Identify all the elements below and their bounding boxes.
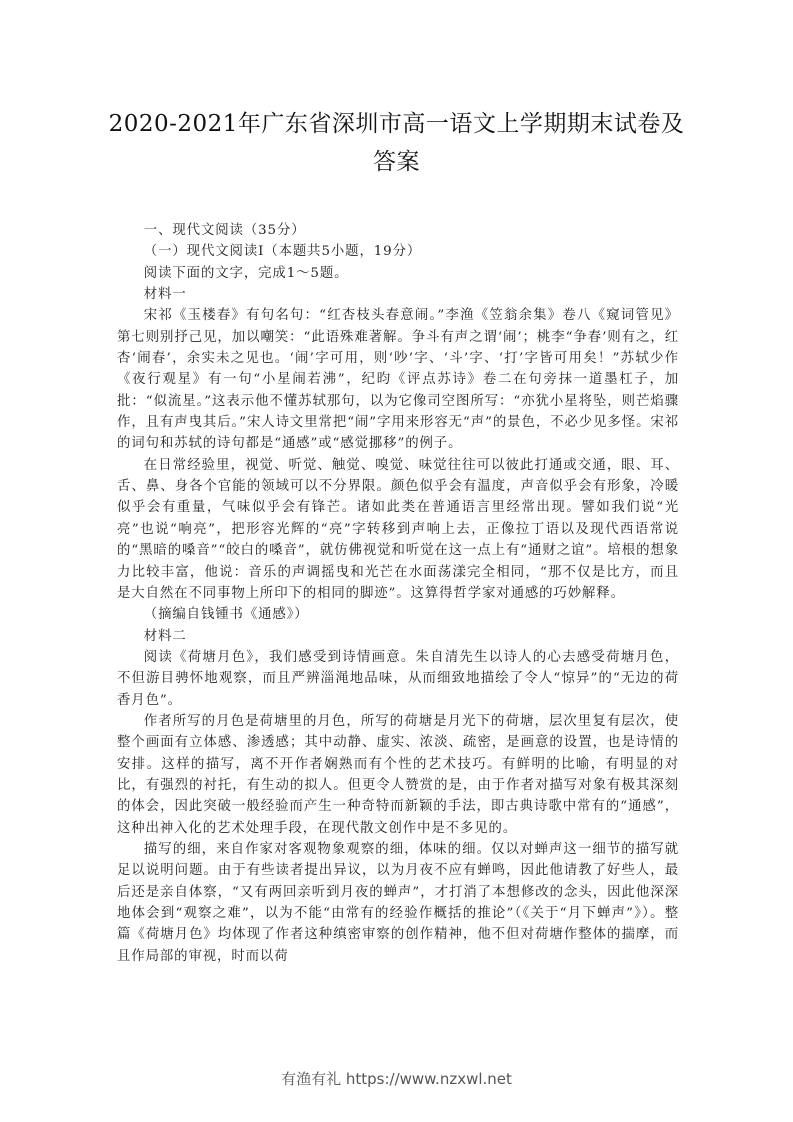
section-heading: 一、现代文阅读（35分） bbox=[117, 220, 679, 241]
material-2-label: 材料二 bbox=[117, 626, 679, 647]
material-2-paragraph: 描写的细，来自作家对客观物象观察的细，体味的细。仅以对蝉声这一细节的描写就足以说… bbox=[117, 839, 679, 967]
material-2-paragraph: 阅读《荷塘月色》，我们感受到诗情画意。朱自清先生以诗人的心去感受荷塘月色，不但游… bbox=[117, 647, 679, 711]
document-title-line-1: 2020-2021年广东省深圳市高一语文上学期期末试卷及 bbox=[0, 105, 793, 138]
document-title-line-2: 答案 bbox=[0, 143, 793, 176]
material-1-source: （摘编自钱锺书《通感》） bbox=[117, 604, 679, 625]
footer-watermark: 有渔有礼 https://www.nzxwl.net bbox=[0, 1068, 793, 1089]
subsection-heading: （一）现代文阅读Ⅰ（本题共5小题，19分） bbox=[117, 241, 679, 262]
document-body: 一、现代文阅读（35分） （一）现代文阅读Ⅰ（本题共5小题，19分） 阅读下面的… bbox=[117, 220, 679, 967]
material-1-label: 材料一 bbox=[117, 284, 679, 305]
material-1-paragraph: 宋祁《玉楼春》有句名句：“红杏枝头春意闹。”李渔《笠翁余集》卷八《窥词管见》第七… bbox=[117, 305, 679, 454]
instruction: 阅读下面的文字，完成1～5题。 bbox=[117, 263, 679, 284]
material-1-paragraph: 在日常经验里，视觉、听觉、触觉、嗅觉、味觉往往可以彼此打通或交通，眼、耳、舌、鼻… bbox=[117, 455, 679, 604]
material-2-paragraph: 作者所写的月色是荷塘里的月色，所写的荷塘是月光下的荷塘，层次里复有层次，使整个画… bbox=[117, 711, 679, 839]
